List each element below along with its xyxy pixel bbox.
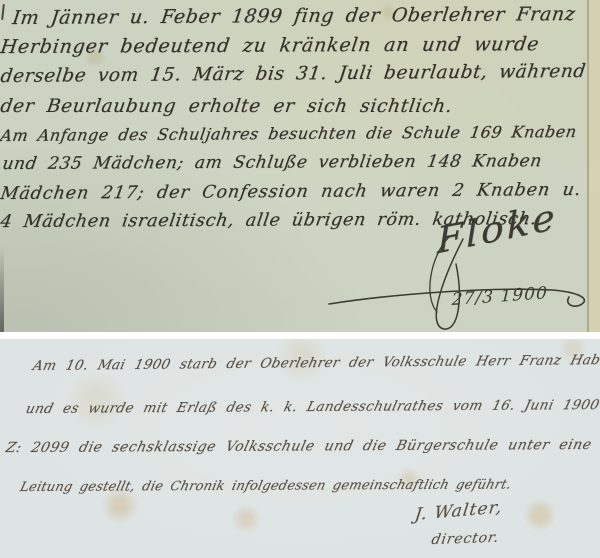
handwritten-line: Im Jänner u. Feber 1899 fing der Oberleh…	[11, 3, 577, 29]
handwritten-line: Leitung gestellt, die Chronik infolgedes…	[18, 477, 512, 495]
handwritten-line: und 235 Mädchen; am Schluße verblieben 1…	[1, 151, 543, 174]
handwritten-line: Z: 2099 die sechsklassige Volksschule un…	[4, 437, 593, 456]
signature-name: J. Walter,	[414, 497, 504, 524]
signature-name: Floke	[436, 195, 558, 262]
scanned-document: Im Jänner u. Feber 1899 fing der Oberleh…	[0, 0, 600, 558]
chronicle-entry-1899: Im Jänner u. Feber 1899 fing der Oberleh…	[0, 0, 600, 332]
page-fold-edge	[587, 0, 600, 332]
handwritten-line: Am Anfange des Schuljahres besuchten die…	[0, 122, 578, 145]
handwritten-line: derselbe vom 15. März bis 31. Juli beurl…	[0, 61, 587, 87]
handwritten-line: Herbinger bedeutend zu kränkeln an und w…	[0, 33, 541, 58]
page-edge-shadow	[0, 247, 4, 332]
chronicle-entry-1900: Am 10. Mai 1900 starb der Oberlehrer der…	[0, 339, 600, 558]
handwritten-line: der Beurlaubung erholte er sich sichtlic…	[0, 96, 454, 117]
signature-role: director.	[430, 530, 500, 548]
margin-pen-mark	[1, 4, 5, 20]
handwritten-line: Am 10. Mai 1900 starb der Oberlehrer der…	[31, 352, 600, 374]
handwritten-line: Mädchen 217; der Confession nach waren 2…	[0, 180, 583, 204]
scan-divider	[0, 332, 600, 339]
signature-date: 27/3 1900	[451, 283, 548, 310]
handwritten-line: und es wurde mit Erlaß des k. k. Landess…	[24, 397, 600, 417]
